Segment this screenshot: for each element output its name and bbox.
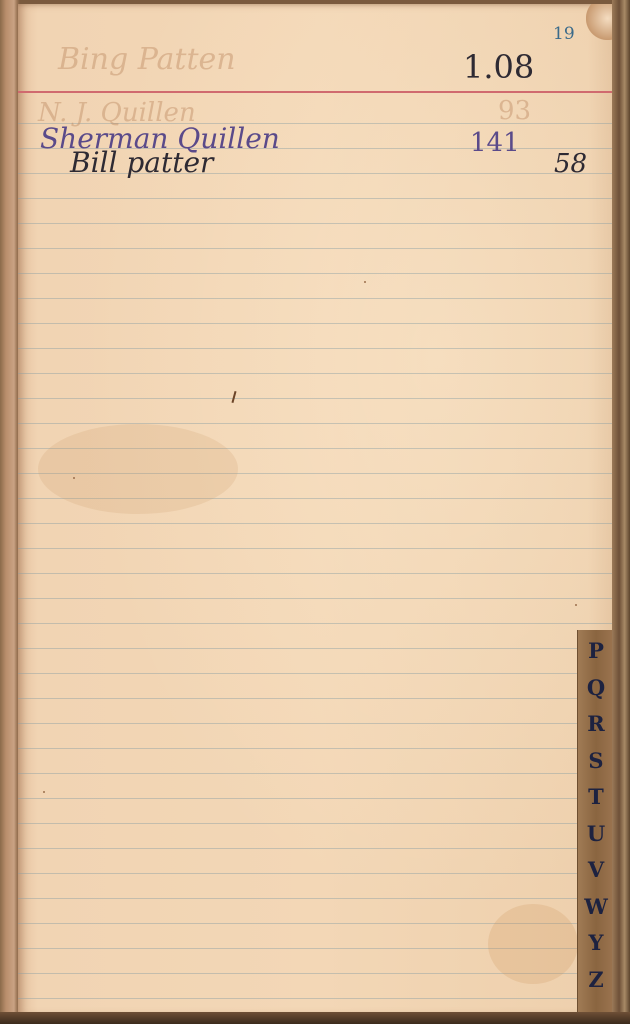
entry-amount-3: 141 <box>470 128 520 158</box>
ruled-line <box>18 723 618 724</box>
ruled-line <box>18 398 618 399</box>
index-tab-u[interactable]: U <box>578 823 614 844</box>
book-edge <box>612 0 630 1024</box>
year-prefix: 19 <box>553 24 575 44</box>
ruled-line <box>18 998 618 999</box>
ruled-line <box>18 673 618 674</box>
entry-amount-1: 1.08 <box>463 48 534 86</box>
ruled-line <box>18 373 618 374</box>
ruled-line <box>18 598 618 599</box>
index-tab-s[interactable]: S <box>578 750 614 771</box>
entry-name-4: Bill patter <box>70 146 213 179</box>
index-tab-p[interactable]: P <box>578 640 614 661</box>
index-tab-w[interactable]: W <box>578 896 614 917</box>
ruled-line <box>18 423 618 424</box>
ruled-line <box>18 348 618 349</box>
ruled-line <box>18 198 618 199</box>
ruled-line <box>18 248 618 249</box>
entry-name-1: Bing Patten <box>58 42 236 77</box>
red-margin-rule <box>18 91 618 93</box>
ruled-line <box>18 573 618 574</box>
alphabet-index-tabs: PQRSTUVWYZ <box>577 630 614 1012</box>
speck <box>575 604 577 606</box>
ruled-line <box>18 848 618 849</box>
ruled-line <box>18 798 618 799</box>
ledger-page: 19 Bing Patten 1.08 N. J. Quillen 93 She… <box>18 4 618 1016</box>
ruled-line <box>18 548 618 549</box>
entry-amount-4: 58 <box>554 149 587 179</box>
speck <box>73 477 75 479</box>
ruled-line <box>18 873 618 874</box>
ruled-line <box>18 298 618 299</box>
index-tab-t[interactable]: T <box>578 786 614 807</box>
ruled-line <box>18 823 618 824</box>
paper-stain <box>38 424 238 514</box>
ruled-line <box>18 773 618 774</box>
ruled-line <box>18 323 618 324</box>
ruled-line <box>18 223 618 224</box>
ruled-line <box>18 698 618 699</box>
index-tab-v[interactable]: V <box>578 859 614 880</box>
ruled-line <box>18 623 618 624</box>
ink-mark <box>231 391 236 403</box>
ruled-line <box>18 748 618 749</box>
ruled-line <box>18 273 618 274</box>
index-tab-r[interactable]: R <box>578 713 614 734</box>
ruled-line <box>18 648 618 649</box>
paper-stain <box>488 904 578 984</box>
speck <box>364 281 366 283</box>
speck <box>43 791 45 793</box>
book-bottom-edge <box>0 1012 630 1024</box>
ruled-line <box>18 898 618 899</box>
index-tab-z[interactable]: Z <box>578 969 614 990</box>
entry-amount-2: 93 <box>498 96 531 126</box>
ledger-book: 19 Bing Patten 1.08 N. J. Quillen 93 She… <box>0 0 630 1024</box>
ruled-line <box>18 523 618 524</box>
index-tab-q[interactable]: Q <box>578 677 614 698</box>
index-tab-y[interactable]: Y <box>578 932 614 953</box>
